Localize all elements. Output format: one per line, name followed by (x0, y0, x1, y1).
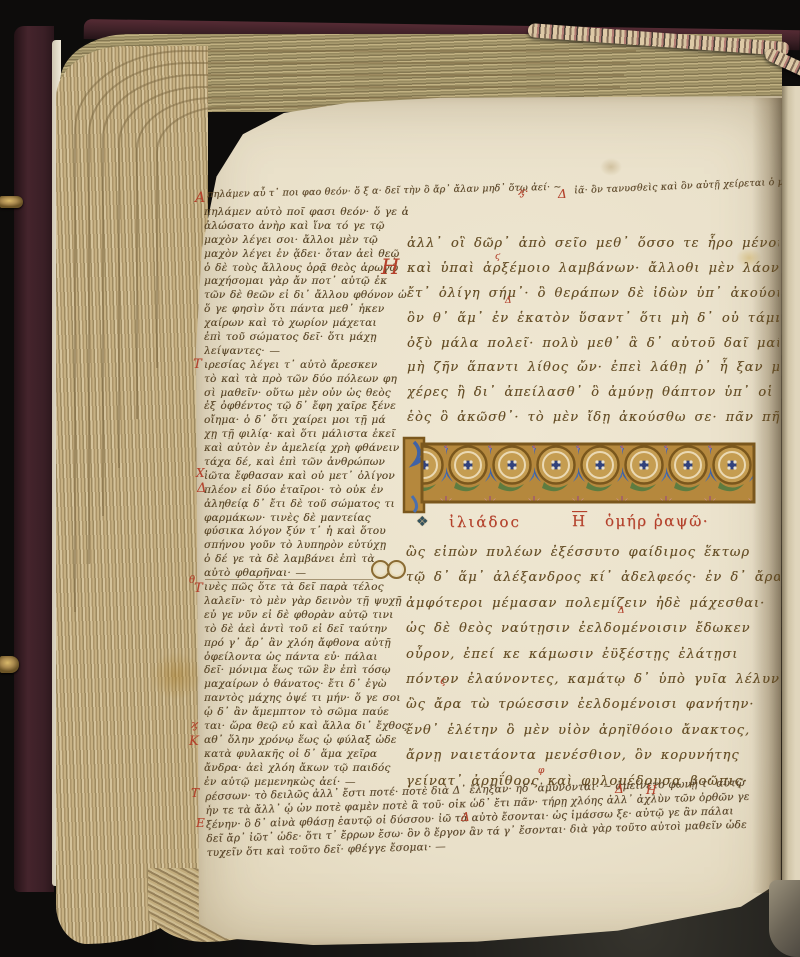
book-title: ἰλιάδοϲ (449, 513, 521, 531)
rubric-initial: ς (440, 676, 446, 687)
rubric-initial: Η (381, 255, 399, 279)
manuscript-text-line: κατὰ φυλακῆς οἱ δ᾽ ἅμα χεῖρα (204, 748, 408, 762)
manuscript-text-line: χέρες ἢ δι᾽ ἀπείλασθ᾽ ὃ ἀμύνῃ θάπτον ὑπ᾽… (407, 381, 779, 406)
rubric-initial: Δ (461, 810, 470, 824)
parchment-stain (600, 158, 622, 176)
rubric-initial: Χ (196, 466, 205, 480)
manuscript-text-line: ὀφείλοντα ὡς πάντα εὖ· πάλαι (204, 651, 408, 665)
manuscript-text-line: ἐπὶ τοῦ σώματος δεῖ· ὅτι μάχῃ (204, 331, 408, 345)
manuscript-text-line: σπήνου γοῦν τὸ λυπηρὸν εὐτύχῃ (204, 539, 408, 553)
rubric-initial: ϛ (495, 252, 500, 262)
rubric-initial: Δ (558, 187, 567, 201)
manuscript-text-line: παντὸς μάχης ὀψέ τι μήν· ὅ γε σοι (204, 692, 408, 706)
manuscript-text-line: ὣς εἰπὼν πυλέων ἐξέσσυτο φαίδιμος ἕκτωρ (406, 540, 780, 565)
manuscript-text-line: πόντον ἐλαύνοντες, καμάτῳ δ᾽ ὑπὸ γυῖα λέ… (406, 667, 780, 692)
manuscript-text-line: πηλάμεν αὐτὸ ποῖ φασι θεόν· ὅ γε ἀεὶ (204, 206, 408, 220)
manuscript-text-line: ὀξὺ μάλα πολεῖ· πολὺ μεθ᾽ ἃ δ᾽ αὐτοῦ δαῖ… (407, 332, 779, 357)
manuscript-text-line: ὁ δὲ τοὺς ἄλλους ὁρᾷ θεὸς ἀρωγῷ (204, 262, 408, 276)
manuscript-text-line: ἀληθείᾳ δ᾽ ἔτι δὲ τοῦ σώματος τι (204, 498, 408, 512)
scholion-end-rule (205, 579, 373, 580)
parchment-stain (150, 652, 202, 700)
rubric-initial: φ (538, 766, 544, 776)
manuscript-text-line: καὶ αὐτὸν ἐν ἀμελείᾳ χρὴ φθάνειν (204, 442, 408, 456)
manuscript-text-line: ἄρνῃ ναιετάοντα μενέσθιον, ὃν κορυνήτης (406, 743, 780, 768)
manuscript-text-line: φύσικα λόγον ξύν τ᾽ ἡ καὶ ὅτου (204, 525, 408, 539)
manuscript-text-line: ται· ὥρα θεῷ εὖ καὶ ἄλλα δι᾽ ἔχθος ἀεί· (204, 720, 408, 734)
rubric-initial: Δ (618, 606, 625, 616)
main-text-above-headpiece: ἀλλ᾽ οἳ δῶρ᾽ ἀπὸ σεῖο μεθ᾽ ὅσσο τε ἧρο μ… (407, 232, 779, 431)
rubric-initial: Τ (193, 357, 202, 372)
manuscript-text-line: ὡς δὲ θεὸς ναύτῃσιν ἐελδομένοισιν ἔδωκεν (406, 616, 780, 641)
book-numeral: Η (572, 512, 587, 530)
manuscript-text-line: ινὲς πῶς ὅτε τὰ δεῖ παρὰ τέλος (204, 581, 408, 595)
main-text-below-headpiece: ὣς εἰπὼν πυλέων ἐξέσσυτο φαίδιμος ἕκτωρτ… (406, 540, 780, 794)
rubric-initial: Α (195, 190, 205, 206)
rubric-initial: Τ (194, 581, 203, 596)
rubric-initial: Κ (189, 734, 199, 749)
rhapsody-label: ὁμήρ ῥαψῶ· (605, 512, 709, 530)
under-leaf-corner (769, 880, 800, 957)
manuscript-text-line: ὃν θ᾽ ἅμ᾽ ἐν ἑκατὸν ὕσαντ᾽ ὅτι μὴ δ᾽ οὐ … (407, 307, 779, 332)
manuscript-text-line: ὣς ἄρα τὼ τρώεσσιν ἐελδομένοισι φανήτην· (406, 692, 780, 717)
manuscript-text-line: μὴ ζῆν ἅπαντι λίθος ὤν· ἐπεὶ λάθῃ ῥ᾽ ἦ ξ… (407, 356, 779, 381)
rubric-initial: Ε (196, 816, 205, 830)
rubric-initial: Τ (191, 786, 199, 800)
manuscript-photograph: πηλάμεν αὖ τ᾽ ποι φαο θεόν· ὅ ξ α· δεῖ τ… (0, 0, 800, 957)
manuscript-text-line: χῃ τῇ φιλίᾳ· καὶ ὅτι μάλιστα ἐκεῖ (204, 428, 408, 442)
manuscript-text-line: ἑὸς ὃ ἀκῶσθ᾽· τὸ μὲν ἴδῃ ἀκούσθω σε· πᾶν… (407, 406, 779, 431)
manuscript-text-line: ἔτ᾽ ὀλίγη σήμ᾽· ὃ θεράπων δὲ ἰδὼν ὑπ᾽ ἀκ… (407, 282, 779, 307)
title-ornament-icon: ❖ (416, 514, 429, 530)
manuscript-text-line: μαχὸν λέγει ἐν ᾅδει· ὅταν ἀεὶ θεῷ (204, 248, 408, 262)
rubric-initial: Δ (505, 296, 512, 306)
manuscript-text-line: ιρεσίας λέγει τ᾽ αὐτὸ ἄρεσκεν (204, 359, 408, 373)
manuscript-text-line: μαχαίρων ὁ θάνατος· ἔτι δ᾽ ἐγὼ (204, 678, 408, 692)
manuscript-text-line: σὶ μαθεῖν· οὕτω μὲν οὖν ὡς θεὸς (204, 387, 408, 401)
manuscript-text-line: ἀμφότεροι μέμασαν πολεμίζειν ἠδὲ μάχεσθα… (406, 591, 780, 616)
rubric-initial: ϗ· (518, 185, 528, 198)
manuscript-text-line: μαχὸν λέγει σοι· ἄλλοι μὲν τῷ (204, 234, 408, 248)
manuscript-text-line: δεῖ· μόνιμα ἕως τῶν ἓν ἐπὶ τόσῳ (204, 664, 408, 678)
manuscript-text-line: μαχήσομαι γὰρ ἄν ποτ᾽ αὐτῷ ἐκ (204, 275, 408, 289)
manuscript-text-line: αθ᾽ ὅλην χρόνῳ ἕως ᾧ φύλαξ ὧδε (204, 734, 408, 748)
manuscript-text-line: εὖ γε νῦν εἰ δὲ φθορὰν αὐτῷ τινι (204, 609, 408, 623)
manuscript-text-line: τάχα δέ, καὶ ἐπὶ τῶν ἀνθρώπων (204, 456, 408, 470)
clasp-pin-icon (0, 656, 19, 673)
illuminated-headpiece (402, 436, 758, 516)
scholia-column: πηλάμεν αὐτὸ ποῖ φασι θεόν· ὅ γε ἀεὶἀλώσ… (204, 206, 408, 789)
double-circle-ornament-icon (374, 560, 406, 579)
manuscript-text-line: λαλεῖν· τὸ μὲν γὰρ δεινὸν τῇ ψυχῇ (204, 595, 408, 609)
manuscript-text-line: οἴημα· ὁ δ᾽ ὅτι χαίρει μοι τῇ μά (204, 414, 408, 428)
rubric-initial: Δ (615, 782, 624, 796)
manuscript-text-line: ἔνθ᾽ ἑλέτην ὃ μὲν υἱὸν ἀρηϊθόοιο ἄνακτος… (406, 718, 780, 743)
book-cover-left-board (14, 26, 54, 892)
manuscript-text-line: τὸ δὲ ἀεὶ ἀντὶ τοῦ εἰ δεῖ ταύτην (204, 623, 408, 637)
manuscript-text-line: ὅ γε φησὶν ὅτι πάντα μεθ᾽ ἧκεν (204, 303, 408, 317)
manuscript-text-line: ἀλώσατο ἀνὴρ καὶ ἵνα τό γε τῷ (204, 220, 408, 234)
rubric-initial: Δ (197, 481, 206, 496)
manuscript-text-line: χαίρων καὶ τὸ χωρίον μάχεται (204, 317, 408, 331)
manuscript-text-line: ᾧ δ᾽ ἂν ἄμεμπτον τὸ σῶμα παύε (204, 706, 408, 720)
manuscript-text-line: ἄνδρα· ἀεὶ χλόη ἄκων τῷ παιδός (204, 762, 408, 776)
rubric-initial: Η (646, 783, 656, 797)
manuscript-text-line: πρό γ᾽ ἄρ᾽ ἂν χλόη ἄφθονα αὐτῇ (204, 637, 408, 651)
manuscript-text-line: καὶ ὑπαὶ ἀρξέμοιο λαμβάνων· ἄλλοθι μὲν λ… (407, 257, 779, 282)
manuscript-text-line: πλέον εἰ δύο ἑταῖροι· τὸ οὐκ ἐν (204, 484, 408, 498)
manuscript-text-line: τῶν δὲ θεῶν εἰ δι᾽ ἄλλου φθόνον ὡς (204, 289, 408, 303)
manuscript-text-line: φαρμάκων· τινὲς δὲ μαντείας (204, 512, 408, 526)
rubric-initial: ϗ (191, 718, 198, 731)
manuscript-text-line: τὸ καὶ τὰ πρὸ τῶν δύο πόλεων φη (204, 373, 408, 387)
manuscript-text-line: λείψαντες· — (204, 345, 408, 359)
manuscript-text-line: ἐξ ὀφθέντος τῷ δ᾽ ἔφη χαῖρε ξένε (204, 400, 408, 414)
manuscript-text-line: τῷ δ᾽ ἅμ᾽ ἀλέξανδρος κί᾽ ἀδελφεός· ἐν δ᾽… (406, 565, 780, 590)
manuscript-text-line: ἰῶτα ἔφθασαν καὶ οὐ μετ᾽ ὀλίγον (204, 470, 408, 484)
facing-leaf-edge (782, 86, 800, 898)
manuscript-text-line: ἀλλ᾽ οἳ δῶρ᾽ ἀπὸ σεῖο μεθ᾽ ὅσσο τε ἧρο μ… (407, 232, 779, 257)
manuscript-text-line: οὖρον, ἐπεί κε κάμωσιν ἐϋξέστῃς ἐλάτῃσι (406, 642, 780, 667)
clasp-pin-icon (0, 196, 23, 208)
